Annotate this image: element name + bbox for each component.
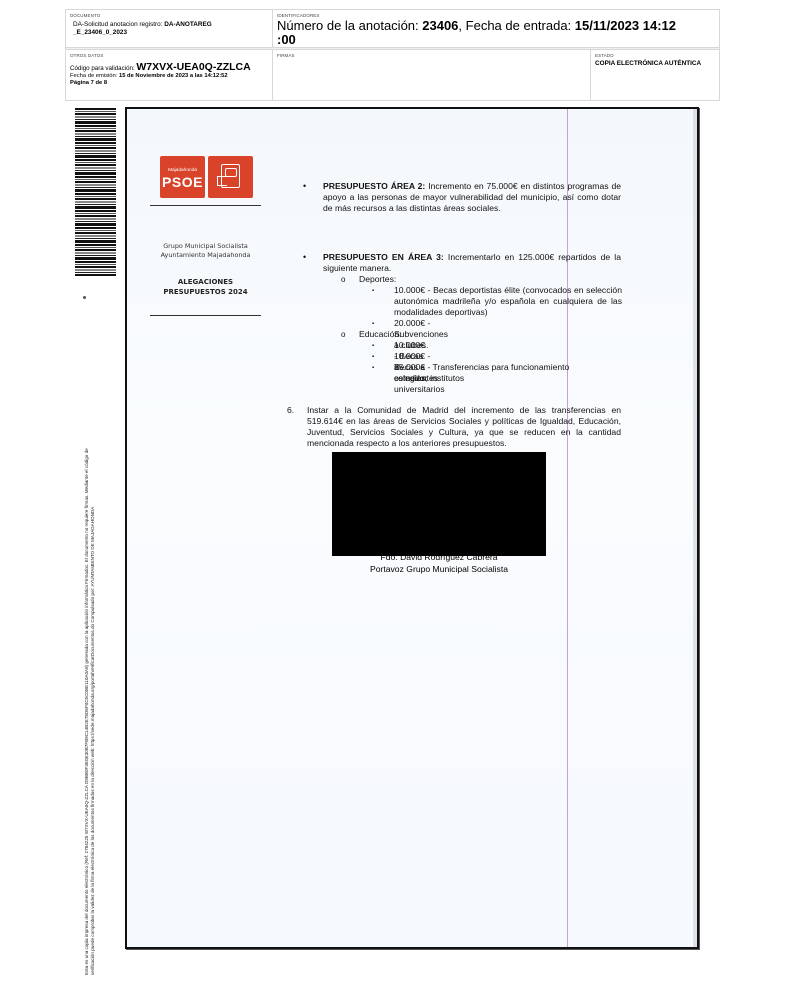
logo-rose-box [208,156,253,198]
entry-date-cont: :00 [277,32,296,47]
logo-party: PSOE [160,174,205,190]
scanned-page: Majadahonda PSOE Grupo Municipal Sociali… [125,107,699,949]
otros-datos-cell: OTROS DATOS Código para validación: W7XV… [66,50,273,101]
validation-code: W7XVX-UEA0Q-ZZLCA [136,61,250,73]
area3-label: PRESUPUESTO EN ÁREA 3: [323,252,444,262]
redacted-signature-block [332,452,546,556]
documento-prefix: DA-Solicitud anotacion registro: [73,21,164,28]
documento-caption: DOCUMENTO [70,13,268,18]
documento-code-cont: _E_23406_0_2023 [73,29,127,36]
divider-bottom [150,315,261,316]
documento-cell: DOCUMENTO DA-Solicitud anotacion registr… [66,10,273,48]
circle-bullet-icon: o [341,329,345,340]
annotation-number-label: Número de la anotación: [277,18,422,33]
rose-icon [221,164,240,188]
scan-artifact-line [567,109,568,947]
deportes-label: Deportes: [359,274,396,285]
point6-number: 6. [287,405,294,416]
group-line-1: Grupo Municipal Socialista [127,242,284,251]
doc-title-line-2: PRESUPUESTOS 2024 [127,287,284,297]
logo-city: Majadahonda [160,168,205,173]
square-bullet-icon: ▪ [372,363,374,374]
annotation-number: 23406 [422,18,458,33]
group-name: Grupo Municipal Socialista Ayuntamiento … [127,242,284,260]
validation-label: Código para validación: [70,65,136,72]
firmas-cell: FIRMAS [273,50,591,101]
signature-name: Fdo. David Rodríguez Cabrera [332,552,546,563]
side-text-line-2: verificación puede comprobar la validez … [90,285,96,975]
square-bullet-icon: ▪ [372,352,374,363]
documento-code: DA-ANOTAREG [164,21,211,28]
identificadores-value: Número de la anotación: 23406, Fecha de … [277,19,716,47]
entry-date-label: , Fecha de entrada: [458,18,574,33]
logo-text-box: Majadahonda PSOE [160,156,205,198]
entry-date: 15/11/2023 14:12 [575,18,676,33]
square-bullet-icon: ▪ [372,286,374,297]
square-bullet-icon: ▪ [372,341,374,352]
circle-bullet-icon: o [341,274,345,285]
signature-role: Portavoz Grupo Municipal Socialista [332,564,546,575]
verification-side-text: Esta es una copia impresa del documento … [84,285,96,975]
point6-text: Instar a la Comunidad de Madrid del incr… [307,405,621,449]
estado-cell: ESTADO COPIA ELECTRÓNICA AUTÉNTICA [591,50,720,101]
educacion-label: Educación: [359,329,402,340]
area2-label: PRESUPUESTO ÁREA 2: [323,181,425,191]
identificadores-cell: IDENTIFICADORES Número de la anotación: … [273,10,720,48]
estado-value: COPIA ELECTRÓNICA AUTÉNTICA [595,60,716,67]
emission-date: 15 de Noviembre de 2023 a las 14:12:52 [119,73,228,79]
doc-title-line-1: ALEGACIONES [127,277,284,287]
psoe-logo: Majadahonda PSOE [160,156,253,198]
area2-paragraph: PRESUPUESTO ÁREA 2: Incremento en 75.000… [323,181,621,214]
barcode [75,108,116,276]
deportes-item: 10.000€ - Becas deportistas élite (convo… [394,285,622,318]
emission-label: Fecha de emisión: [70,73,119,79]
bullet-icon: • [303,252,306,263]
divider-top [150,205,261,206]
bullet-icon: • [303,181,306,192]
emission-line: Fecha de emisión: 15 de Noviembre de 202… [70,73,268,80]
documento-value: DA-Solicitud anotacion registro: DA-ANOT… [70,21,268,37]
validation-line: Código para validación: W7XVX-UEA0Q-ZZLC… [70,61,268,73]
educacion-item: 75.000€ - Transferencias para funcionami… [394,362,594,384]
firmas-caption: FIRMAS [277,53,586,58]
document-header-table: DOCUMENTO DA-Solicitud anotacion registr… [65,9,720,101]
scan-edge [693,109,697,947]
otros-datos-caption: OTROS DATOS [70,53,268,58]
doc-title: ALEGACIONES PRESUPUESTOS 2024 [127,277,284,297]
area3-paragraph: PRESUPUESTO EN ÁREA 3: Incrementarlo en … [323,252,621,274]
estado-caption: ESTADO [595,53,716,58]
group-line-2: Ayuntamiento Majadahonda [127,251,284,260]
page-indicator: Página 7 de 8 [70,80,268,87]
page-label: Página 7 de 8 [70,80,107,86]
